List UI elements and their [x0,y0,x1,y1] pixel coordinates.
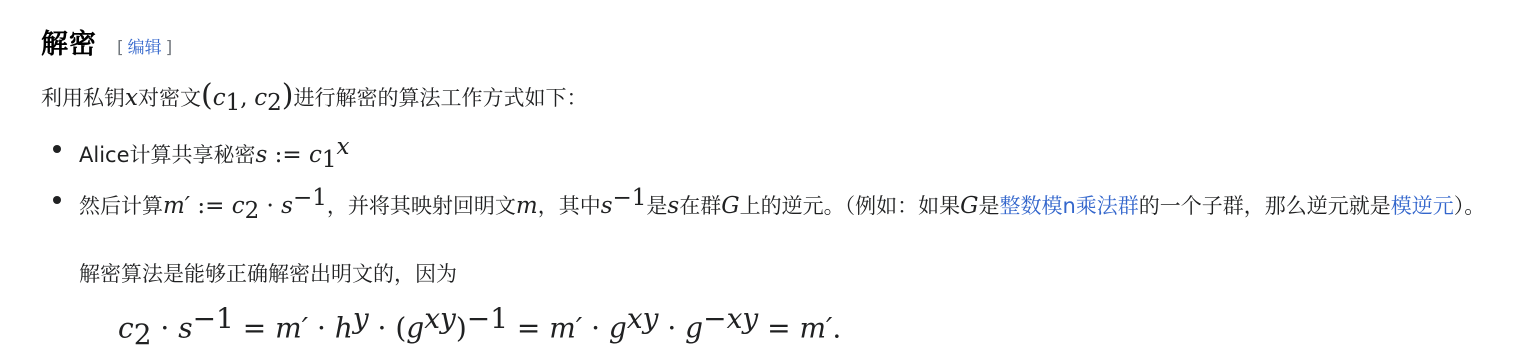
link-modular-inverse[interactable]: 模逆元 [1391,194,1454,218]
list-item: 然后计算m′ := c2 · s−1，并将其映射回明文m，其中s−1是s在群G上… [79,179,1499,230]
section-title: 解密 [41,22,97,61]
proof-text: 解密算法是能够正确解密出明文的，因为 [79,256,457,292]
section-heading: 解密 [编辑] [41,22,172,61]
edit-link[interactable]: 编辑 [128,38,162,58]
decryption-formula: c2 · s−1 = m′ · hy · (gxy)−1 = m′ · gxy … [118,302,841,351]
list-item: Alice计算共享秘密s := c1x [79,128,1499,179]
steps-list: Alice计算共享秘密s := c1x 然后计算m′ := c2 · s−1，并… [41,128,1499,230]
link-multiplicative-group[interactable]: 整数模n乘法群 [999,194,1138,218]
edit-section: [编辑] [117,33,172,58]
intro-paragraph: 利用私钥x对密文(c1, c2)进行解密的算法工作方式如下： [41,78,587,121]
